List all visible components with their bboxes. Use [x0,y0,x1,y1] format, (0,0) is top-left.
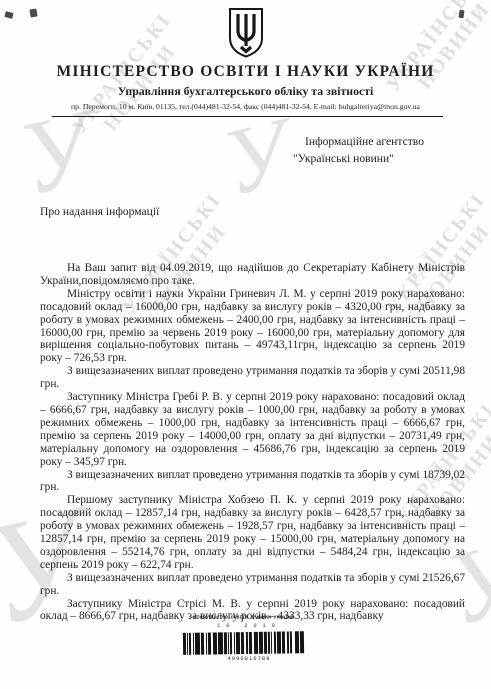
subject-line: Про надання інформації [40,205,491,218]
contacts-line: пр. Перемоги, 10 м. Київ, 01135, тел.(04… [0,102,491,111]
barcode [183,631,315,655]
department-title: Управління бухгалтерського обліку та зві… [0,84,491,99]
stamp-date-fragment: 16 2019 [183,623,315,629]
registration-stamp: МІНІСТЕРСТВО ОСВІТИ І НАУКИ УКРАЇНИ 16 2… [183,615,315,662]
body-paragraph: Заступнику Міністра Гребі Р. В. у серпні… [40,391,465,468]
body-paragraph: З вищезазначених виплат проведено утрима… [40,469,465,495]
recipient-line: "Українські новини" [293,150,463,167]
body-paragraph: З вищезазначених виплат проведено утрима… [40,572,465,598]
recipient-line: Інформаційне агентство [293,133,463,150]
barcode-number: 4096816788 [183,655,315,662]
body-paragraph: Першому заступнику Міністра Хобзею П. К.… [40,494,465,571]
letterhead-divider [52,116,443,117]
ukraine-trident-emblem-icon [228,8,264,58]
body-paragraphs: На Ваш запит від 04.09.2019, що надійшов… [40,262,465,623]
body-paragraph: З вищезазначених виплат проведено утрима… [40,365,465,391]
body-paragraph: Міністру освіти і науки України Гриневич… [40,288,465,365]
body-paragraph: На Ваш запит від 04.09.2019, що надійшов… [40,262,465,288]
letter-content: МІНІСТЕРСТВО ОСВІТИ І НАУКИ УКРАЇНИ Упра… [0,8,491,623]
stamp-ministry-text: МІНІСТЕРСТВО ОСВІТИ І НАУКИ УКРАЇНИ [183,615,304,621]
recipient-block: Інформаційне агентство "Українські новин… [293,133,463,167]
scanned-letter-page: УКРАЇНСЬКІНОВИНИ УКРАЇНСЬКІНОВИНИ УКРАЇН… [0,0,491,689]
ministry-title: МІНІСТЕРСТВО ОСВІТИ І НАУКИ УКРАЇНИ [0,63,491,81]
